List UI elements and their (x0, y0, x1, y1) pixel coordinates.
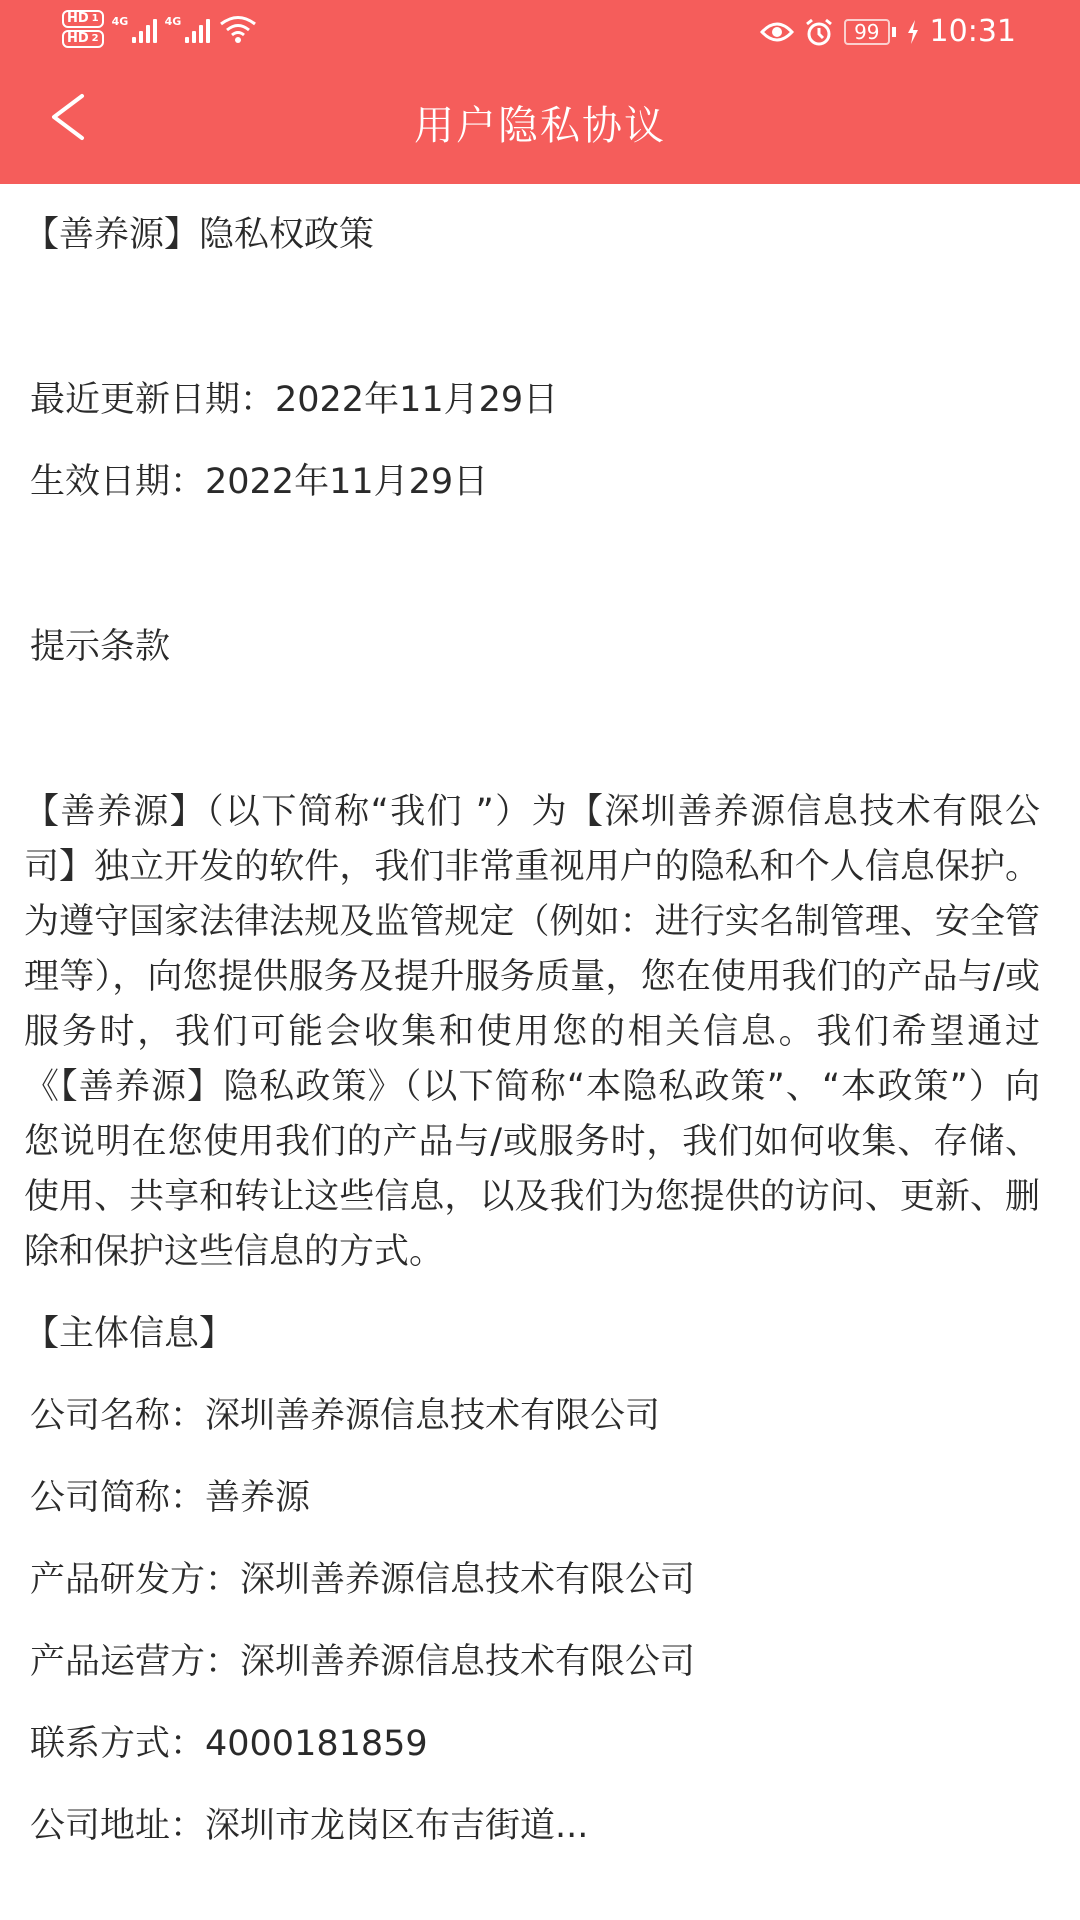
entity-operator: 产品运营方：深圳善养源信息技术有限公司 (30, 1635, 1040, 1690)
document-title: 【善养源】隐私权政策 (24, 208, 1040, 263)
alarm-icon (804, 17, 834, 47)
battery-tip (892, 27, 896, 37)
effective-date: 生效日期：2022年11月29日 (30, 455, 1040, 510)
entity-address-cut-off: 公司地址：深圳市龙岗区布吉街道... (30, 1799, 1040, 1854)
entity-contact: 联系方式：4000181859 (30, 1717, 1040, 1772)
privacy-document: 【善养源】隐私权政策 最近更新日期：2022年11月29日 生效日期：2022年… (30, 184, 1040, 1854)
status-right: 99 10:31 (760, 14, 1016, 49)
wifi-icon (218, 14, 258, 44)
status-bar: HD1 HD2 4G 4G (0, 0, 1080, 66)
battery-icon: 99 (844, 19, 889, 45)
last-updated-date: 最近更新日期：2022年11月29日 (30, 373, 1040, 428)
hd-sim1-icon: HD1 (62, 10, 104, 28)
signal-icon-sim2: 4G (165, 15, 210, 43)
entity-company-name: 公司名称：深圳善养源信息技术有限公司 (30, 1389, 1040, 1444)
page-title: 用户隐私协议 (0, 94, 1080, 151)
sim-indicators: HD1 HD2 (62, 10, 104, 48)
app-bar: 用户隐私协议 (0, 66, 1080, 184)
eye-comfort-icon (760, 21, 794, 43)
hd-sim2-icon: HD2 (62, 30, 104, 48)
status-left: HD1 HD2 4G 4G (62, 10, 258, 48)
entity-developer: 产品研发方：深圳善养源信息技术有限公司 (30, 1553, 1040, 1608)
signal-icon-sim1: 4G (112, 15, 157, 43)
notice-heading: 提示条款 (30, 620, 1040, 675)
clock: 10:31 (930, 14, 1016, 49)
header: HD1 HD2 4G 4G (0, 0, 1080, 184)
entity-heading: 【主体信息】 (24, 1307, 1040, 1362)
intro-paragraph: 【善养源】（以下简称“我们 ”）为【深圳善养源信息技术有限公司】独立开发的软件，… (24, 785, 1040, 1280)
charging-icon (906, 20, 920, 44)
entity-company-short-name: 公司简称：善养源 (30, 1471, 1040, 1526)
